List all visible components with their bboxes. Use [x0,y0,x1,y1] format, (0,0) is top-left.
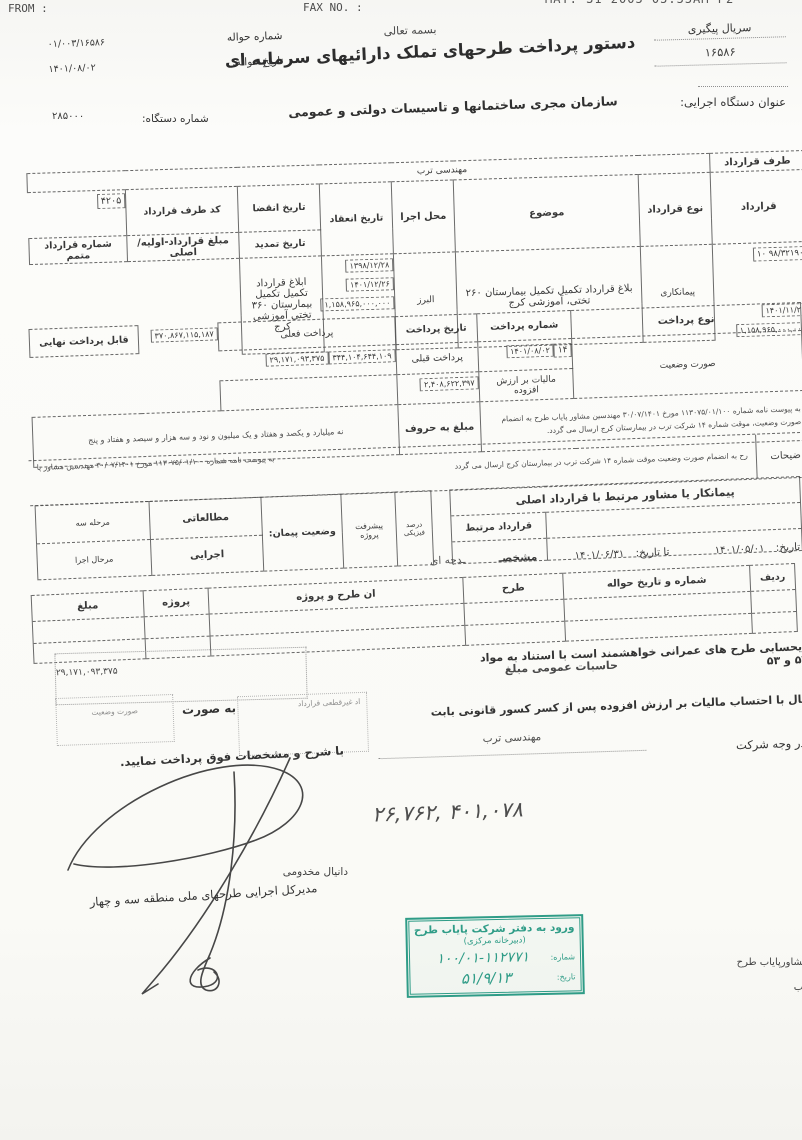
stamp-subtitle: (دبیرخانه مرکزی) [415,934,575,947]
signature-name: دانیال مخدومی [238,866,348,878]
contract-col-supplement: شماره قرارداد متمم [29,236,128,265]
empty-cell [751,589,797,613]
schedule-col-row: ردیف [750,564,796,592]
payment-previous-value: ۳۴۴,۱۰۴,۶۴۴,۱۰۹ [328,349,396,364]
device-no-value: ۲۸۵۰۰۰ [52,111,84,122]
contract-sign-date-value: ۱۳۹۸/۱۲/۲۸ [345,258,393,272]
serial-divider [654,36,786,40]
agency-dotted-line [698,86,788,87]
payment-type-value: صورت وضعیت [572,331,802,399]
cc-label: نوشت: [750,932,802,944]
budget-note-frag2: ـدجه ای [430,554,466,567]
scanned-fax-document: FROM : FAX NO. : MAY. 31 2005 05:55AM P2… [0,0,802,1140]
contract-col-type: نوع قرارداد [638,172,712,246]
stamp-no-value: ۱۰۰/۰۱-۱۱۲۷۷۱ [415,949,551,968]
fax-from-label: FROM : [8,2,48,15]
contract-amount-1: ۱,۱۵۸,۹۶۵,۰۰۰,۰۰۰ [320,296,394,311]
payment-no-value: ۱۴ [554,343,572,358]
period-from-value: ۱۴۰۱/۰۵/۰۱ [715,543,765,556]
stamp-date-label: تاریخ: [557,972,576,981]
order-payee-value: مهندسی ترب [482,731,541,745]
empty-cell [144,614,210,639]
serial-value: ۱۶۵۸۶ [705,45,736,60]
contract-col-amount: مبلغ قرارداد-اولیه/اصلی [127,232,240,261]
contract-col-renewal: تاریخ تمدید [239,230,322,258]
order-note-box-text: اد غیرقطعی قرارداد [238,697,360,710]
serial-label: سریال پیگیری [653,20,785,36]
remittance-date-value: ۱۴۰۱/۰۸/۰۲ [48,62,96,75]
payment-date-value: ۱۴۰۱/۰۸/۰۲ [506,344,554,359]
remittance-date-label: تاریخ حواله: [232,55,284,69]
order-line2: یال با احتساب مالیات بر ارزش افزوده پس ا… [386,693,802,721]
remittance-no-label: شماره حواله [227,30,283,44]
remarks-label: ضیحات [755,433,802,479]
status-option-study: مطالعاتی [149,497,262,539]
contract-col-subject: موضوع [453,174,640,251]
contract-party-code-value: ۴۲۰۵ [97,193,126,209]
bismillah: بسمه تعالی [350,22,470,39]
contract-no-value: ۱۰ ۹۸/۳۲۱۹۰ [753,245,802,261]
contract-col-sign-date: تاریخ انعقاد [319,182,393,256]
fax-number-label: FAX NO. : [303,1,363,14]
order-payee-label: در وجه شرکت [736,736,802,752]
period-from-label: تاریخ: [776,541,801,554]
budget-note-frag1: مشخصـ [498,551,537,564]
agency-label: عنوان دستگاه اجرایی: [680,95,786,109]
empty-cell [465,621,566,645]
device-no-label: شماره دستگاه: [142,113,209,125]
period-to-label: تا تاریخ: [635,546,669,559]
tracking-serial-block: سریال پیگیری ۱۶۵۸۶ [653,20,786,66]
payment-final-label: قابل پرداخت نهایی [29,326,139,358]
related-contract-label: قرارداد مرتبط [451,512,547,542]
payment-final-value: ۲۹,۱۷۱,۰۹۳,۳۷۵ [265,352,328,367]
order-as-value: صورت وضعیت [57,705,173,718]
payment-col-date: تاریخ پرداخت [395,314,478,345]
contract-col-party-code: کد طرف قرارداد [125,186,238,235]
contract-col-expiry: تاریخ انقضا [237,184,320,232]
order-payee-line: مهندسی ترب [378,722,647,759]
order-amount-value: ۲۹,۱۷۱,۰۹۳,۳۷۵ [56,667,118,679]
stamp-date-value: ۵۱/۹/۱۳ [415,968,557,989]
status-stage-study: مرحله سه [35,502,150,544]
contract-col-location: محل اجرا [391,180,455,254]
contract-col-contract: قرارداد [710,170,802,245]
cc-line2: رکت ترب [734,982,802,993]
fax-timestamp: MAY. 31 2005 05:55AM P2 [545,0,734,6]
cc-line1: ندسین مشاورپایاب طرح [698,957,802,968]
empty-cell [752,611,798,633]
payment-current-value: ۳۷۰,۸۶۷,۱۱۵,۱۸۷ [150,327,218,342]
serial-divider-2 [655,62,787,66]
contract-expiry-1: ۱۴۰۱/۱۲/۲۶ [346,277,394,291]
agency-name: سازمان مجری ساختمانها و تاسیسات دولتی و … [278,93,628,120]
period-to-value: ۱۴۰۱/۰۶/۳۱ [574,549,624,562]
handwritten-amount: ۲۶,۷۶۲, ۴۰۱,۰۷۸ [372,797,524,826]
payment-previous-label: پرداخت قبلی [396,342,479,375]
payment-col-no: شماره پرداخت [477,311,572,342]
stamp-no-label: شماره: [550,952,575,962]
remittance-no-value: ۰۱/۰۰۳/۱۶۵۸۶ [47,37,105,50]
order-as-label: به صورت [182,701,237,717]
schedule-col-project: پروژه [143,588,209,617]
payment-vat-label: مالیات بر ارزش افزوده [479,369,574,402]
order-as-box: صورت وضعیت [55,694,175,746]
entry-stamp: ورود به دفتر شرکت پایاب طرح (دبیرخانه مر… [405,914,585,998]
payment-vat-value: ۲,۴۰۸,۶۲۲,۳۹۷ [420,376,479,391]
